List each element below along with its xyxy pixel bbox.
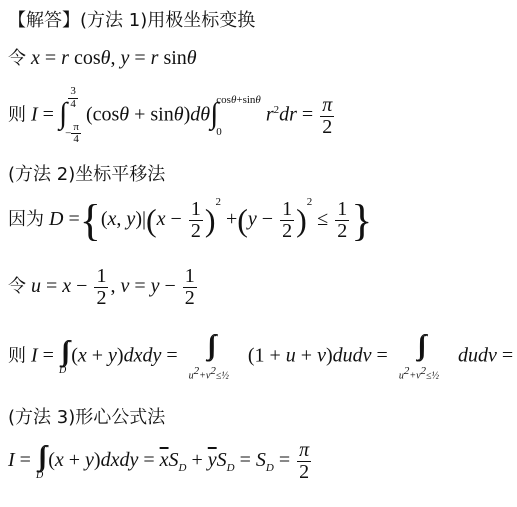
then-word: 则 xyxy=(8,105,26,126)
then-word-2: 则 xyxy=(8,345,26,366)
method1-substitution: 令 x = r cosθ, y = r sinθ xyxy=(8,44,197,70)
method2-domain: 因为 D ={(x, y)|(x − 12)2 +(y − 12)2 ≤ 12} xyxy=(8,195,372,246)
method1-integral: 则 I = ∫34−π4 (cosθ + sinθ)dθ∫cosθ+sinθ0 … xyxy=(8,86,336,146)
solution-heading: 【解答】(方法 1)用极坐标变换 xyxy=(8,6,255,32)
method3-label: (方法 3)形心公式法 xyxy=(8,403,165,429)
method2-substitution: 令 u = x − 12, v = y − 12 xyxy=(8,266,199,309)
method2-integral: 则 I = ∫∫D (x + y)dxdy = ∫∫u2+v2≤½ (1 + u… xyxy=(8,332,517,381)
solution-title: 【解答】 xyxy=(8,10,80,31)
method3-integral: I = ∫∫D (x + y)dxdy = xSD + ySD = SD = π… xyxy=(8,440,313,483)
method1-label: (方法 1)用极坐标变换 xyxy=(80,10,255,31)
let-word-2: 令 xyxy=(8,276,26,297)
because-word: 因为 xyxy=(8,209,44,230)
method2-label: (方法 2)坐标平移法 xyxy=(8,160,165,186)
let-word: 令 xyxy=(8,48,26,69)
